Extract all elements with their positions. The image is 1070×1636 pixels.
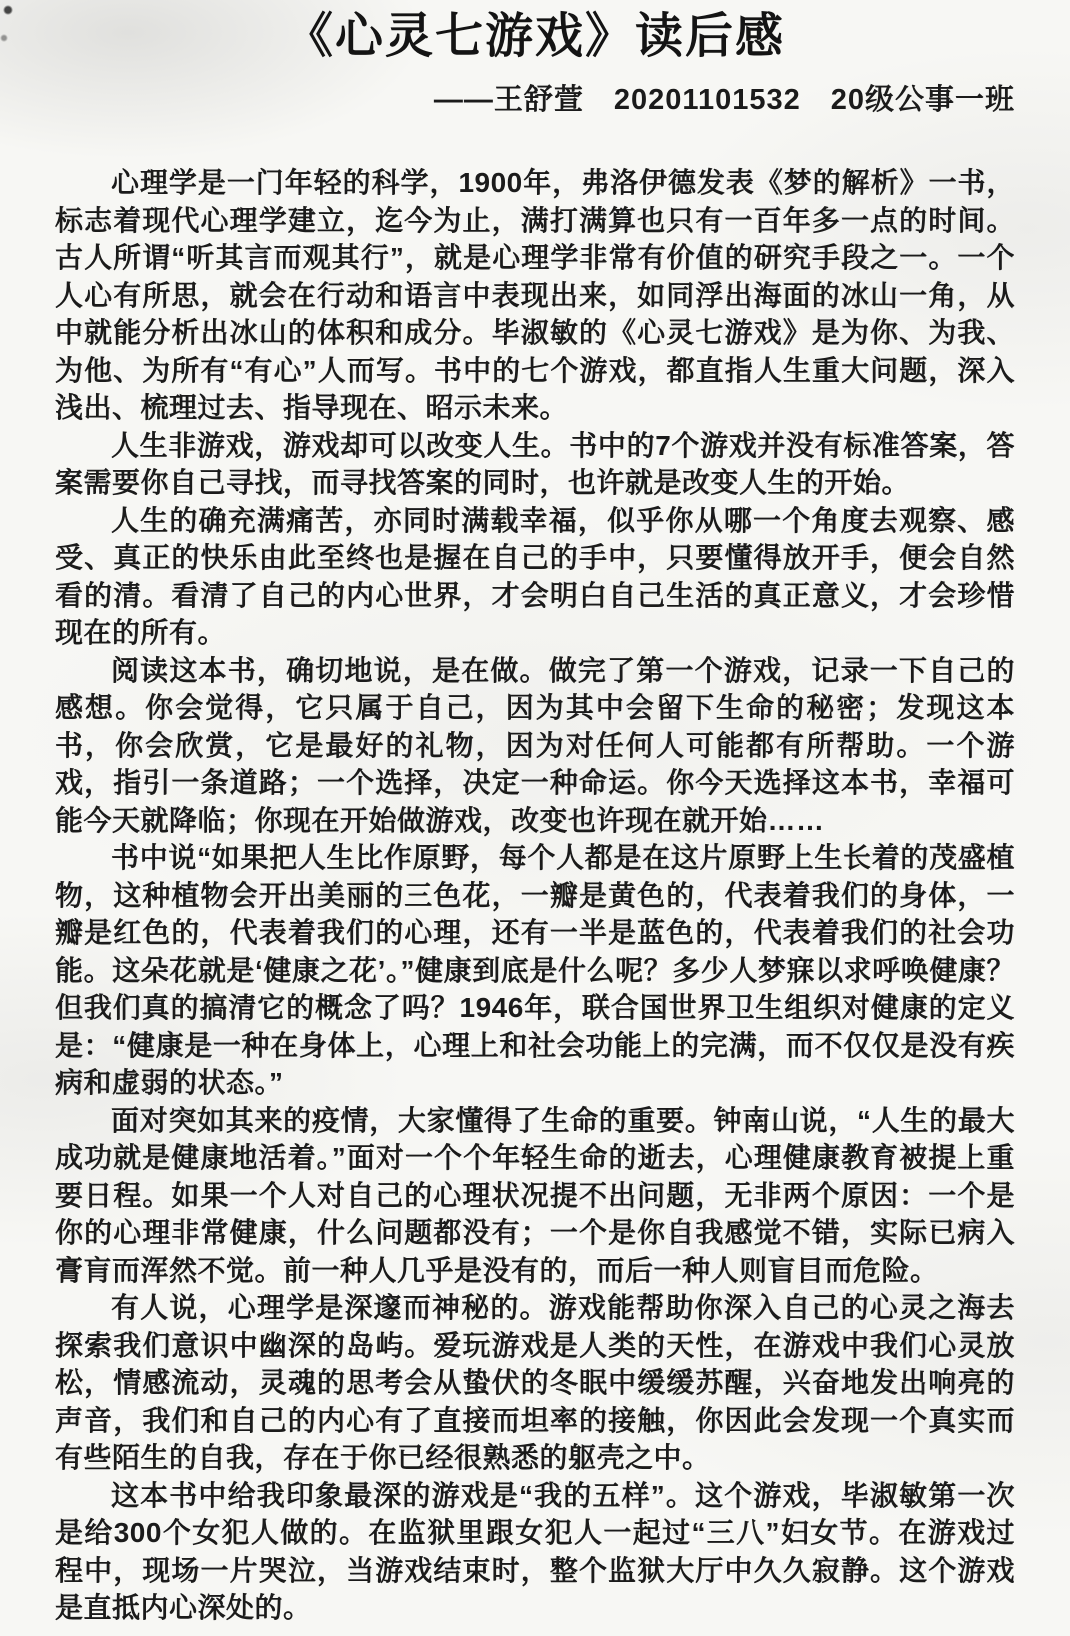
paragraph-1: 心理学是一门年轻的科学，1900年，弗洛伊德发表《梦的解析》一书，标志着现代心理…	[55, 164, 1015, 427]
paragraph-7: 有人说，心理学是深邃而神秘的。游戏能帮助你深入自己的心灵之海去探索我们意识中幽深…	[55, 1289, 1015, 1477]
paragraph-4: 阅读这本书，确切地说，是在做。做完了第一个游戏，记录一下自己的感想。你会觉得，它…	[55, 652, 1015, 840]
byline: ——王舒萱 20201101532 20级公事一班	[55, 82, 1015, 118]
paragraph-3: 人生的确充满痛苦，亦同时满载幸福，似乎你从哪一个角度去观察、感受、真正的快乐由此…	[55, 502, 1015, 652]
paragraph-8: 这本书中给我印象最深的游戏是“我的五样”。这个游戏，毕淑敏第一次是给300个女犯…	[55, 1477, 1015, 1627]
paragraph-2: 人生非游戏，游戏却可以改变人生。书中的7个游戏并没有标准答案，答案需要你自己寻找…	[55, 427, 1015, 502]
paragraph-6: 面对突如其来的疫情，大家懂得了生命的重要。钟南山说，“人生的最大成功就是健康地活…	[55, 1102, 1015, 1290]
paragraph-5: 书中说“如果把人生比作原野，每个人都是在这片原野上生长着的茂盛植物，这种植物会开…	[55, 839, 1015, 1102]
essay-body: 心理学是一门年轻的科学，1900年，弗洛伊德发表《梦的解析》一书，标志着现代心理…	[55, 164, 1015, 1627]
page-title: 《心灵七游戏》读后感	[55, 6, 1015, 66]
document-page: 《心灵七游戏》读后感 ——王舒萱 20201101532 20级公事一班 心理学…	[0, 0, 1070, 1636]
